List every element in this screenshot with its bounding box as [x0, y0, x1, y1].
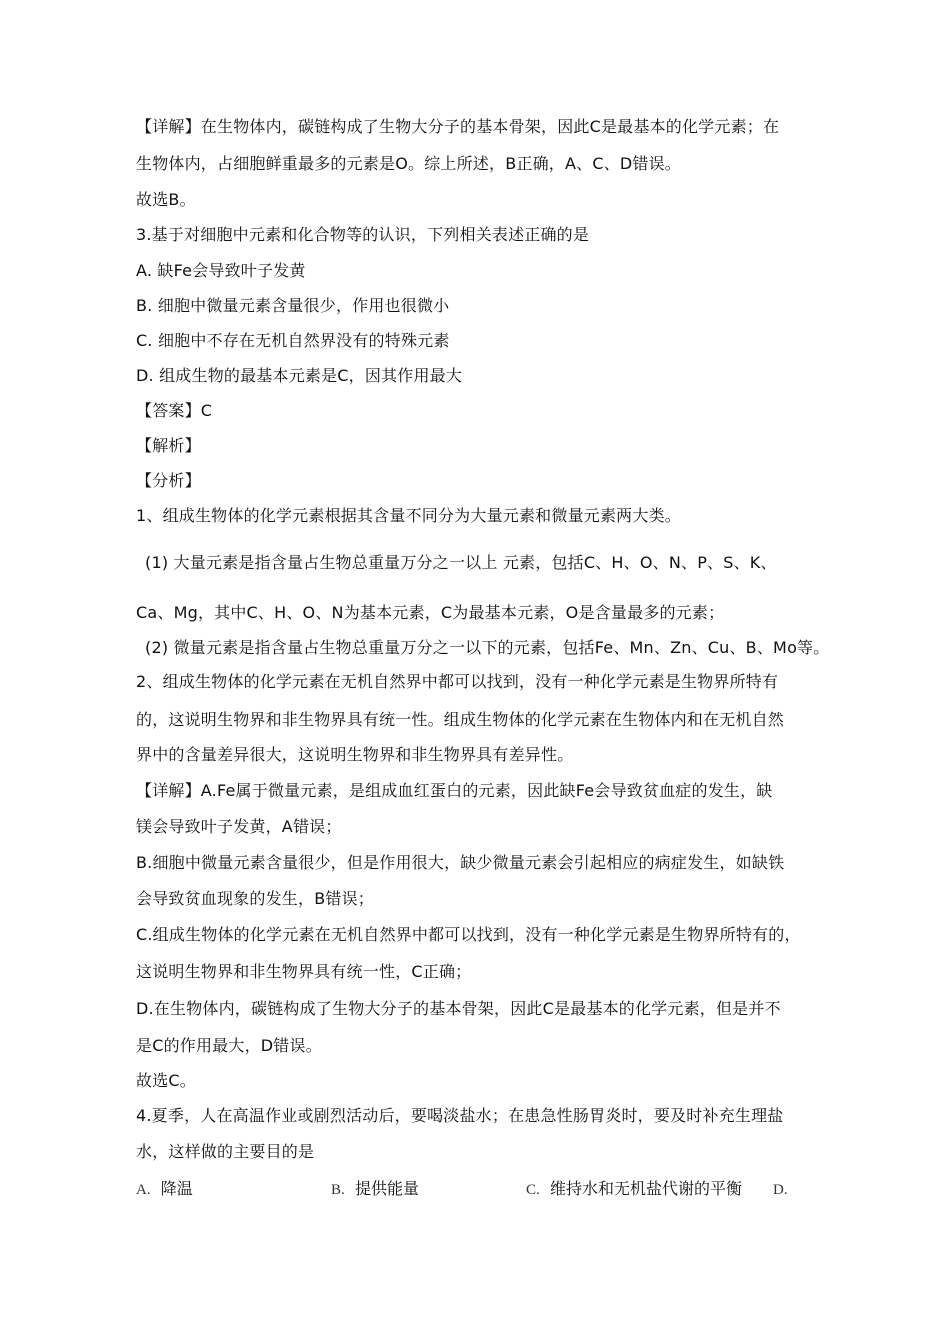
question-3-stem: 3.基于对细胞中元素和化合物等的认识，下列相关表述正确的是 [136, 225, 589, 245]
detail-paragraph-q2-line2: 生物体内，占细胞鲜重最多的元素是O。综上所述，B正确，A、C、D错误。 [136, 154, 681, 174]
question-4-option-b: B. 提供能量 [331, 1179, 419, 1200]
analysis-point-1: 1、组成生物体的化学元素根据其含量不同分为大量元素和微量元素两大类。 [136, 506, 681, 526]
answer-choice-q3: 故选C。 [136, 1071, 196, 1091]
detail-c-line1: C.组成生物体的化学元素在无机自然界中都可以找到，没有一种化学元素是生物界所特有… [136, 925, 801, 945]
answer-label: 【答案】C [136, 401, 212, 421]
question-3-option-d: D. 组成生物的最基本元素是C，因其作用最大 [136, 366, 462, 386]
question-3-option-b: B. 细胞中微量元素含量很少，作用也很微小 [136, 296, 449, 316]
question-3-option-c: C. 细胞中不存在无机自然界没有的特殊元素 [136, 331, 450, 351]
question-4-stem-line1: 4.夏季，人在高温作业或剧烈活动后，要喝淡盐水；在患急性肠胃炎时，要及时补充生理… [136, 1106, 783, 1126]
detail-b-line2: 会导致贫血现象的发生，B错误； [136, 889, 374, 909]
detail-b-line1: B.细胞中微量元素含量很少，但是作用很大，缺少微量元素会引起相应的病症发生，如缺… [136, 853, 784, 873]
question-4-option-c: C. 维持水和无机盐代谢的平衡 [526, 1179, 742, 1200]
detail-d-line2: 是C的作用最大，D错误。 [136, 1036, 322, 1056]
analysis-point-1-sub1: (1) 大量元素是指含量占生物总重量万分之一以上 元素，包括C、H、O、N、P、… [145, 553, 777, 573]
analysis-point-2-line1: 2、组成生物体的化学元素在无机自然界中都可以找到，没有一种化学元素是生物界所特有 [136, 672, 778, 692]
question-3-option-a: A. 缺Fe会导致叶子发黄 [136, 261, 306, 281]
detail-c-line2: 这说明生物界和非生物界具有统一性，C正确； [136, 962, 471, 982]
analysis-point-1-sub2: (2) 微量元素是指含量占生物总重量万分之一以下的元素，包括Fe、Mn、Zn、C… [145, 638, 829, 658]
detail-paragraph-q2-line1: 【详解】在生物体内，碳链构成了生物大分子的基本骨架，因此C是最基本的化学元素；在 [136, 117, 779, 137]
question-4-stem-line2: 水，这样做的主要目的是 [136, 1142, 314, 1162]
analysis-point-2-line2: 的，这说明生物界和非生物界具有统一性。组成生物体的化学元素在生物体内和在无机自然 [136, 710, 784, 730]
document-page: 【详解】在生物体内，碳链构成了生物大分子的基本骨架，因此C是最基本的化学元素；在… [0, 0, 950, 1344]
detail-a-line1: 【详解】A.Fe属于微量元素，是组成血红蛋白的元素，因此缺Fe会导致贫血症的发生… [136, 781, 773, 801]
answer-choice-q2: 故选B。 [136, 190, 196, 210]
analysis-heading: 【分析】 [136, 471, 201, 491]
analysis-point-1-sub1-cont: Ca、Mg，其中C、H、O、N为基本元素，C为最基本元素，O是含量最多的元素； [136, 603, 724, 623]
detail-d-line1: D.在生物体内，碳链构成了生物大分子的基本骨架，因此C是最基本的化学元素，但是并… [136, 999, 781, 1019]
question-4-option-d: D. [773, 1179, 788, 1200]
explanation-heading: 【解析】 [136, 436, 201, 456]
detail-a-line2: 镁会导致叶子发黄，A错误； [136, 817, 342, 837]
question-4-option-a: A. 降温 [136, 1179, 193, 1200]
analysis-point-2-line3: 界中的含量差异很大，这说明生物界和非生物界具有差异性。 [136, 745, 573, 765]
